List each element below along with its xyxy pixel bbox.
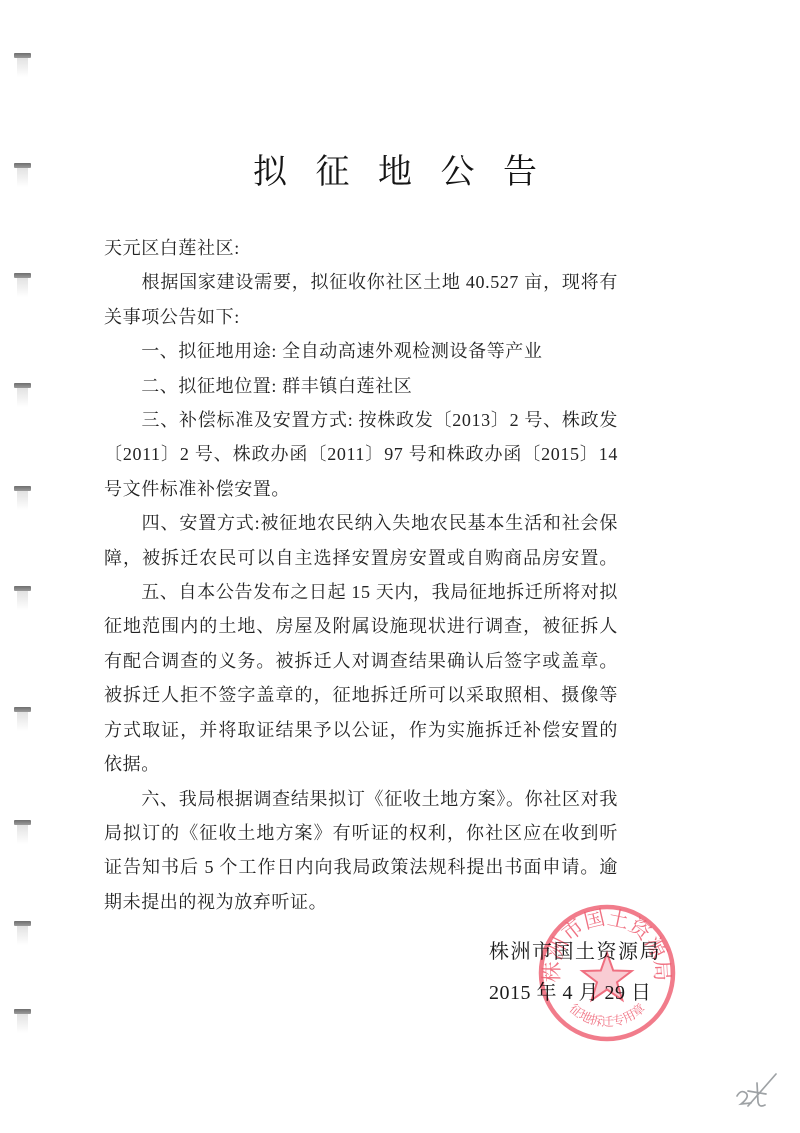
body-line: 被拆迁人拒不签字盖章的，征地拆迁所可以采取照相、摄像等 <box>104 678 618 712</box>
binding-mark <box>13 383 32 407</box>
body-line: 方式取证，并将取证结果予以公证，作为实施拆迁补偿安置的 <box>104 713 618 747</box>
body-line: 号文件标准补偿安置。 <box>104 472 618 506</box>
body-line: 六、我局根据调查结果拟订《征收土地方案》。你社区对我 <box>104 782 618 816</box>
binding-mark-shadow <box>17 278 28 297</box>
body-line: 关事项公告如下: <box>104 300 618 334</box>
binding-mark-shadow <box>17 1014 28 1033</box>
body-line: 〔2011〕2 号、株政办函〔2011〕97 号和株政办函〔2015〕14 <box>104 437 618 471</box>
body-line: 四、安置方式:被征地农民纳入失地农民基本生活和社会保 <box>104 506 618 540</box>
binding-mark <box>13 921 32 945</box>
body-line: 三、补偿标准及安置方式: 按株政发〔2013〕2 号、株政发 <box>104 403 618 437</box>
document-page: 拟 征 地 公 告 天元区白莲社区: 根据国家建设需要，拟征收你社区土地 40.… <box>0 0 800 1133</box>
body-line: 局拟订的《征收土地方案》有听证的权利，你社区应在收到听 <box>104 816 618 850</box>
body-line: 有配合调查的义务。被拆迁人对调查结果确认后签字或盖章。 <box>104 644 618 678</box>
body-line: 天元区白莲社区: <box>104 231 618 265</box>
binding-mark-shadow <box>17 58 28 77</box>
seal-bottom-text-wrap: 征地拆迁专用章 <box>567 1000 648 1029</box>
page-title: 拟 征 地 公 告 <box>0 144 800 193</box>
binding-mark <box>13 486 32 510</box>
document-body: 天元区白莲社区: 根据国家建设需要，拟征收你社区土地 40.527 亩，现将有关… <box>104 231 618 919</box>
body-line: 二、拟征地位置: 群丰镇白莲社区 <box>104 369 618 403</box>
handwriting-stroke <box>757 1083 765 1106</box>
binding-mark-shadow <box>17 388 28 407</box>
handwritten-page-number <box>718 1063 790 1125</box>
seal-bottom-text: 征地拆迁专用章 <box>567 1000 648 1029</box>
binding-mark <box>13 53 32 77</box>
official-seal: 株洲市国土资源局 征地拆迁专用章 <box>490 875 720 1075</box>
binding-mark-shadow <box>17 591 28 610</box>
handwriting-stroke <box>737 1092 751 1104</box>
binding-mark <box>13 273 32 297</box>
seal-star-icon <box>582 953 631 1000</box>
body-line: 五、自本公告发布之日起 15 天内，我局征地拆迁所将对拟 <box>104 575 618 609</box>
binding-mark-shadow <box>17 926 28 945</box>
binding-mark-shadow <box>17 491 28 510</box>
handwriting-stroke <box>748 1074 776 1106</box>
body-line: 依据。 <box>104 747 618 781</box>
binding-mark-shadow <box>17 825 28 844</box>
binding-mark-shadow <box>17 712 28 731</box>
binding-mark <box>13 707 32 731</box>
binding-mark <box>13 820 32 844</box>
body-line: 征地范围内的土地、房屋及附属设施现状进行调查，被征拆人 <box>104 609 618 643</box>
body-line: 根据国家建设需要，拟征收你社区土地 40.527 亩，现将有 <box>104 265 618 299</box>
binding-mark <box>13 586 32 610</box>
handwritten-page-number-value: 215 <box>0 0 1 1</box>
body-line: 障，被拆迁农民可以自主选择安置房安置或自购商品房安置。 <box>104 541 618 575</box>
body-line: 一、拟征地用途: 全自动高速外观检测设备等产业 <box>104 334 618 368</box>
binding-mark <box>13 1009 32 1033</box>
